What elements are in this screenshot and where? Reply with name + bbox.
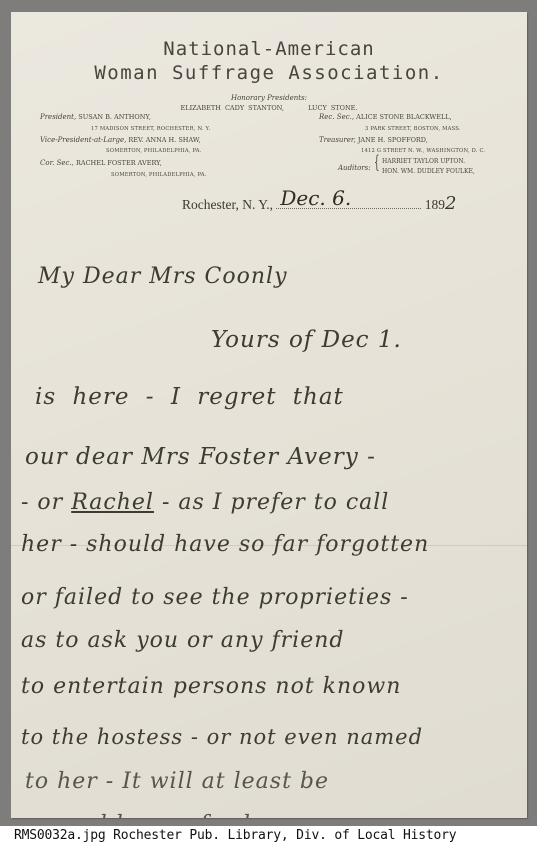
- letter-line: her - should have so far forgotten: [21, 532, 429, 557]
- dateline-year-printed: 189: [425, 197, 445, 212]
- letter-salutation: My Dear Mrs Coonly: [38, 264, 288, 289]
- officer-role: Vice-President-at-Large,: [40, 136, 126, 144]
- brace-symbol: {: [374, 154, 380, 172]
- honorary-president: ELIZABETH CADY STANTON,: [181, 104, 284, 112]
- letter-line: to entertain persons not known: [21, 674, 401, 699]
- officer-president: President, SUSAN B. ANTHONY,: [40, 113, 151, 121]
- auditor-name: HON. WM. DUDLEY FOULKE,: [382, 168, 475, 175]
- officer-vice-president: Vice-President-at-Large, REV. ANNA H. SH…: [40, 136, 201, 144]
- letter-line: or failed to see the proprieties -: [21, 585, 409, 610]
- officer-role: Cor. Sec.,: [40, 159, 74, 167]
- letter-fragment: - as I prefer to call: [162, 490, 389, 515]
- officer-name: REV. ANNA H. SHAW,: [128, 136, 200, 144]
- letter-page: National-American Woman Suffrage Associa…: [11, 12, 527, 818]
- officer-address: SOMERTON, PHILADELPHIA, PA.: [111, 172, 207, 178]
- officer-address: SOMERTON, PHILADELPHIA, PA.: [106, 148, 202, 154]
- officer-name: RACHEL FOSTER AVERY,: [76, 159, 162, 167]
- image-caption: RMS0032a.jpg Rochester Pub. Library, Div…: [14, 828, 456, 843]
- officer-role: Rec. Sec.,: [319, 113, 354, 121]
- honorary-presidents-names: ELIZABETH CADY STANTON, LUCY STONE.: [11, 104, 527, 112]
- officer-address: 1412 G STREET N. W., WASHINGTON, D. C.: [361, 148, 485, 154]
- officer-cor-sec: Cor. Sec., RACHEL FOSTER AVERY,: [40, 159, 162, 167]
- honorary-presidents-label: Honorary Presidents:: [11, 94, 527, 102]
- letter-line: is here - I regret that: [35, 384, 344, 410]
- letter-line: Yours of Dec 1.: [211, 327, 402, 353]
- dateline: Rochester, N. Y., Dec. 6. 1892: [182, 193, 456, 214]
- officer-address: 17 MADISON STREET, ROCHESTER, N. Y.: [91, 126, 210, 132]
- letter-line: to the hostess - or not even named: [21, 725, 423, 749]
- letter-line: to her - It will at least be: [25, 769, 329, 794]
- letter-fragment: - or: [21, 490, 63, 515]
- letter-line: as to ask you or any friend: [21, 628, 344, 653]
- officer-address: 3 PARK STREET, BOSTON, MASS.: [365, 126, 461, 132]
- letterhead-title-line2: Woman Suffrage Association.: [11, 62, 527, 84]
- auditor-name: HARRIET TAYLOR UPTON.: [382, 158, 465, 165]
- officer-role: President,: [40, 113, 76, 121]
- officer-rec-sec: Rec. Sec., ALICE STONE BLACKWELL,: [319, 113, 452, 121]
- letter-line: our dear Mrs Foster Avery -: [25, 444, 376, 470]
- letterhead-title-line1: National-American: [11, 38, 527, 60]
- honorary-president: LUCY STONE.: [308, 104, 357, 112]
- date-fill-line: Dec. 6.: [276, 196, 421, 209]
- handwritten-date: Dec. 6.: [280, 186, 351, 210]
- officer-role: Auditors:: [338, 164, 371, 172]
- officer-treasurer: Treasurer, JANE H. SPOFFORD,: [319, 136, 428, 144]
- officer-name: SUSAN B. ANTHONY,: [78, 113, 151, 121]
- officer-name: JANE H. SPOFFORD,: [358, 136, 428, 144]
- officer-role: Treasurer,: [319, 136, 356, 144]
- officer-name: ALICE STONE BLACKWELL,: [356, 113, 452, 121]
- letter-line: a good lesson for her -: [27, 812, 300, 818]
- letter-line: - or Rachel - as I prefer to call: [21, 490, 389, 515]
- dateline-year-handwritten: 2: [445, 193, 456, 214]
- dateline-place: Rochester, N. Y.,: [182, 197, 273, 212]
- officer-auditors-label: Auditors:: [338, 164, 371, 172]
- underlined-name-rachel: Rachel: [71, 490, 154, 515]
